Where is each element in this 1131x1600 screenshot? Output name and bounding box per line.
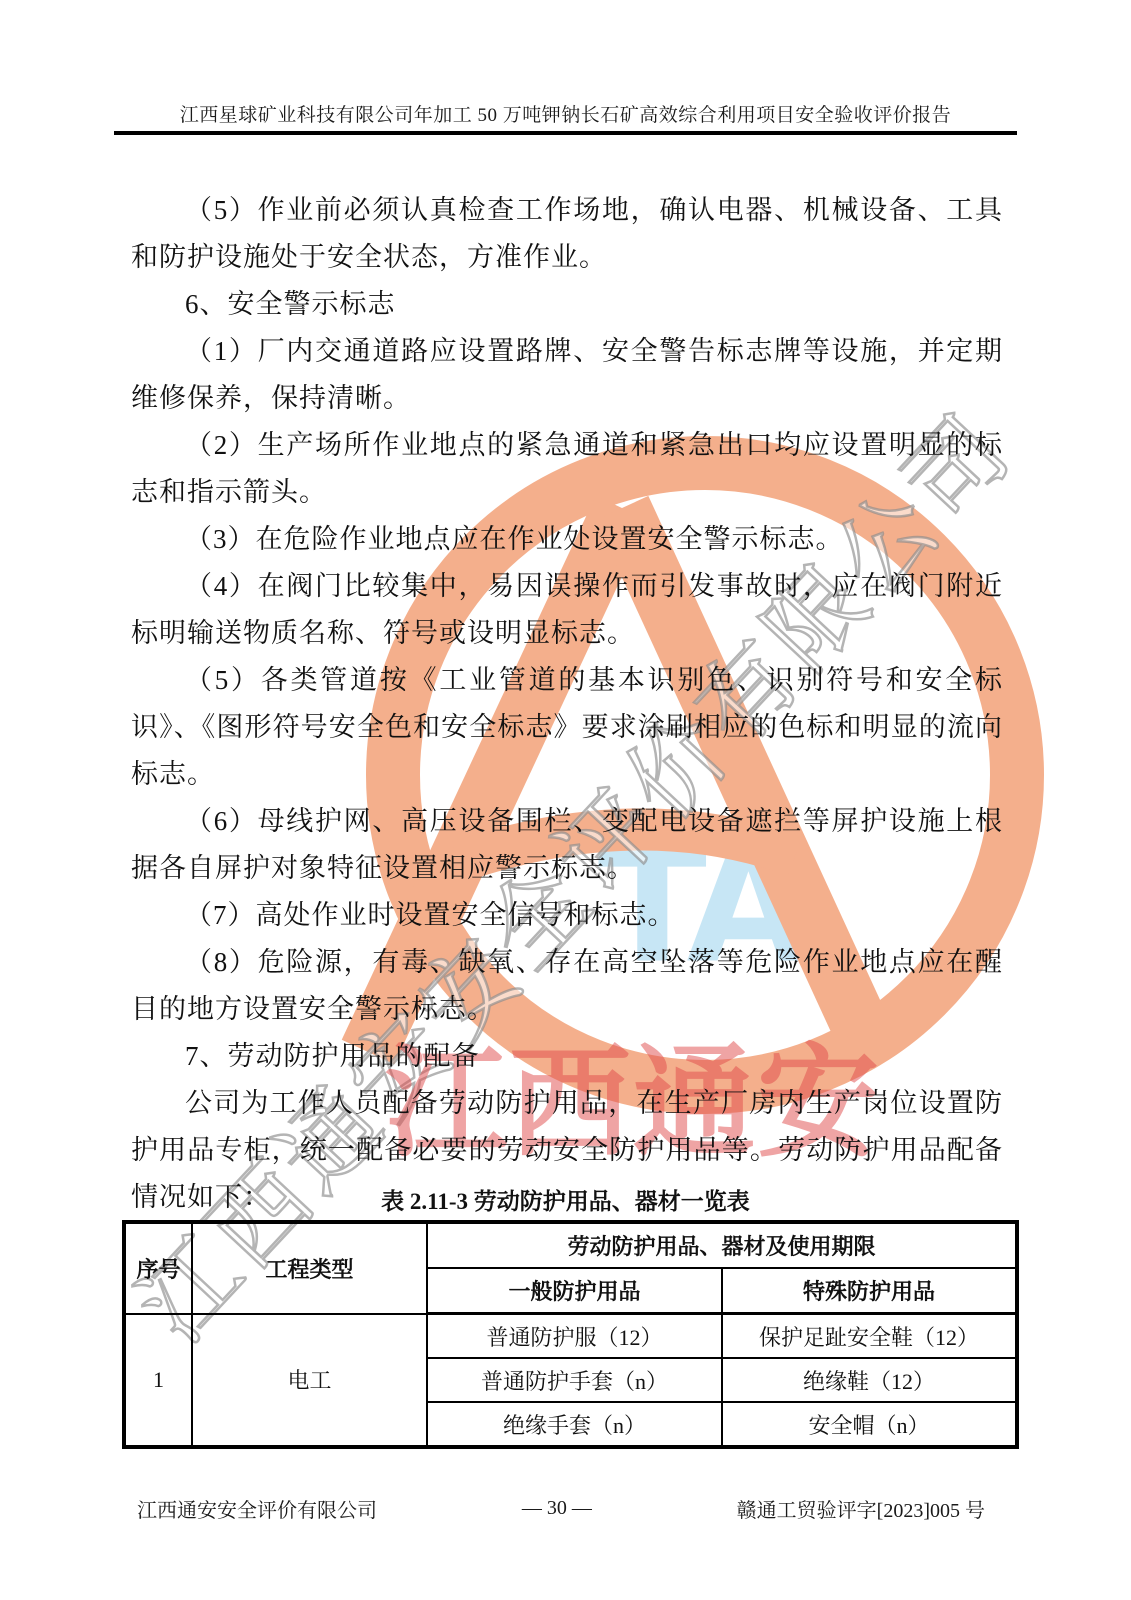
paragraph: （7）高处作业时设置安全信号和标志。 bbox=[131, 892, 1003, 939]
paragraph: （5）各类管道按《工业管道的基本识别色、识别符号和安全标识》、《图形符号安全色和… bbox=[131, 657, 1003, 798]
table-row: 1 电工 普通防护服（12） 保护足趾安全鞋（12） bbox=[124, 1314, 1017, 1359]
document-page: TA 江西通安安全评价有限公司 江西通安 江西星球矿业科技有限公司年加工 50 … bbox=[0, 0, 1131, 1600]
cell-general-item: 普通防护手套（n） bbox=[427, 1358, 722, 1402]
cell-work-type: 电工 bbox=[192, 1314, 427, 1448]
paragraph: （4）在阀门比较集中，易因误操作而引发事故时，应在阀门附近标明输送物质名称、符号… bbox=[131, 563, 1003, 657]
cell-row-no: 1 bbox=[124, 1314, 192, 1448]
paragraph: （1）厂内交通道路应设置路牌、安全警告标志牌等设施，并定期维修保养，保持清晰。 bbox=[131, 328, 1003, 422]
paragraph: （8）危险源，有毒、缺氧、存在高空坠落等危险作业地点应在醒目的地方设置安全警示标… bbox=[131, 939, 1003, 1033]
footer-page-number: — 30 — bbox=[522, 1497, 592, 1520]
paragraph: （3）在危险作业地点应在作业处设置安全警示标志。 bbox=[131, 516, 1003, 563]
cell-special-item: 绝缘鞋（12） bbox=[722, 1358, 1017, 1402]
cell-general-item: 绝缘手套（n） bbox=[427, 1402, 722, 1447]
header-rule bbox=[114, 131, 1017, 135]
col-header-type: 工程类型 bbox=[192, 1222, 427, 1314]
paragraph: （5）作业前必须认真检查工作场地，确认电器、机械设备、工具和防护设施处于安全状态… bbox=[131, 187, 1003, 281]
cell-special-item: 保护足趾安全鞋（12） bbox=[722, 1314, 1017, 1359]
col-header-general: 一般防护用品 bbox=[427, 1268, 722, 1314]
table-caption: 表 2.11-3 劳动防护用品、器材一览表 bbox=[0, 1183, 1131, 1216]
document-content: 江西星球矿业科技有限公司年加工 50 万吨钾钠长石矿高效综合利用项目安全验收评价… bbox=[0, 0, 1131, 1600]
col-header-group: 劳动防护用品、器材及使用期限 bbox=[427, 1222, 1017, 1268]
table-header-row: 序号 工程类型 劳动防护用品、器材及使用期限 bbox=[124, 1222, 1017, 1268]
paragraph: （6）母线护网、高压设备围栏、变配电设备遮拦等屏护设施上根据各自屏护对象特征设置… bbox=[131, 798, 1003, 892]
col-header-no: 序号 bbox=[124, 1222, 192, 1314]
cell-special-item: 安全帽（n） bbox=[722, 1402, 1017, 1447]
footer-doc-number: 赣通工贸验评字[2023]005 号 bbox=[737, 1494, 985, 1523]
paragraph: （2）生产场所作业地点的紧急通道和紧急出口均应设置明显的标志和指示箭头。 bbox=[131, 422, 1003, 516]
footer-company: 江西通安安全评价有限公司 bbox=[137, 1494, 377, 1523]
body-text: （5）作业前必须认真检查工作场地，确认电器、机械设备、工具和防护设施处于安全状态… bbox=[131, 187, 1003, 1221]
cell-general-item: 普通防护服（12） bbox=[427, 1314, 722, 1359]
page-header-title: 江西星球矿业科技有限公司年加工 50 万吨钾钠长石矿高效综合利用项目安全验收评价… bbox=[0, 100, 1131, 127]
col-header-special: 特殊防护用品 bbox=[722, 1268, 1017, 1314]
protective-equipment-table: 序号 工程类型 劳动防护用品、器材及使用期限 一般防护用品 特殊防护用品 1 电… bbox=[122, 1220, 1019, 1449]
paragraph: 6、安全警示标志 bbox=[131, 281, 1003, 328]
page-footer: 江西通安安全评价有限公司 — 30 — 赣通工贸验评字[2023]005 号 bbox=[137, 1494, 985, 1523]
paragraph: 7、劳动防护用品的配备 bbox=[131, 1033, 1003, 1080]
